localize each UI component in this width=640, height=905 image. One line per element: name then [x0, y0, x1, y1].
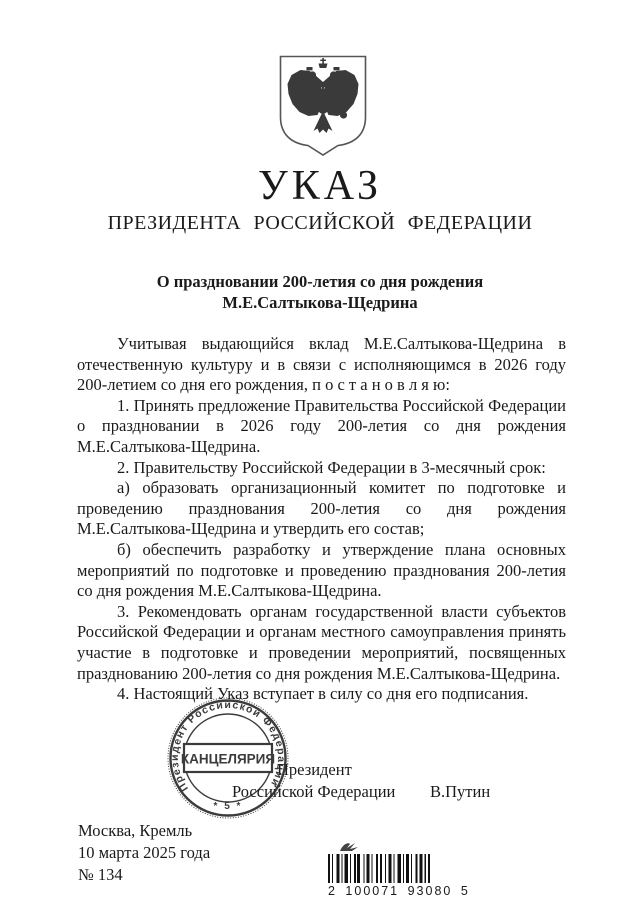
paragraph-item-2b: б) обеспечить разработку и утверждение п… [77, 540, 566, 602]
issue-number: № 134 [78, 864, 210, 886]
paraph-mark-icon [338, 840, 364, 853]
stamp-bottom-mark: * 5 * [214, 801, 243, 812]
coat-of-arms-russia-icon [279, 55, 367, 157]
barcode-bars [328, 854, 432, 883]
issue-date: 10 марта 2025 года [78, 842, 210, 864]
paragraph-item-2: 2. Правительству Российской Федерации в … [77, 458, 566, 479]
document-subject: О праздновании 200-летия со дня рождения… [0, 271, 640, 313]
paragraph-preamble: Учитывая выдающийся вклад М.Е.Салтыкова-… [77, 334, 566, 396]
stamp-center-label: КАНЦЕЛЯРИЯ [181, 752, 275, 767]
document-issuer-title: ПРЕЗИДЕНТА РОССИЙСКОЙ ФЕДЕРАЦИИ [0, 212, 640, 235]
document-type-title: УКАЗ [0, 162, 640, 210]
double-headed-eagle-icon [288, 58, 359, 133]
paragraph-item-3: 3. Рекомендовать органам государственной… [77, 602, 566, 684]
decree-page: УКАЗ ПРЕЗИДЕНТА РОССИЙСКОЙ ФЕДЕРАЦИИ О п… [0, 0, 640, 905]
decree-body: Учитывая выдающийся вклад М.Е.Салтыкова-… [77, 334, 566, 705]
signature-name: В.Путин [430, 782, 490, 802]
subject-line-2: М.Е.Салтыкова-Щедрина [222, 293, 417, 312]
registration-barcode: 2 100071 93080 5 [328, 840, 436, 898]
issue-place: Москва, Кремль [78, 820, 210, 842]
issue-details: Москва, Кремль 10 марта 2025 года № 134 [78, 820, 210, 886]
paragraph-item-2a: а) образовать организационный комитет по… [77, 478, 566, 540]
subject-line-1: О праздновании 200-летия со дня рождения [157, 272, 483, 291]
barcode-digits: 2 100071 93080 5 [328, 884, 432, 898]
paragraph-item-1: 1. Принять предложение Правительства Рос… [77, 396, 566, 458]
chancellery-stamp: Президент Российской Федерации КАНЦЕЛЯРИ… [166, 696, 290, 820]
paragraph-item-4: 4. Настоящий Указ вступает в силу со дня… [77, 684, 566, 705]
